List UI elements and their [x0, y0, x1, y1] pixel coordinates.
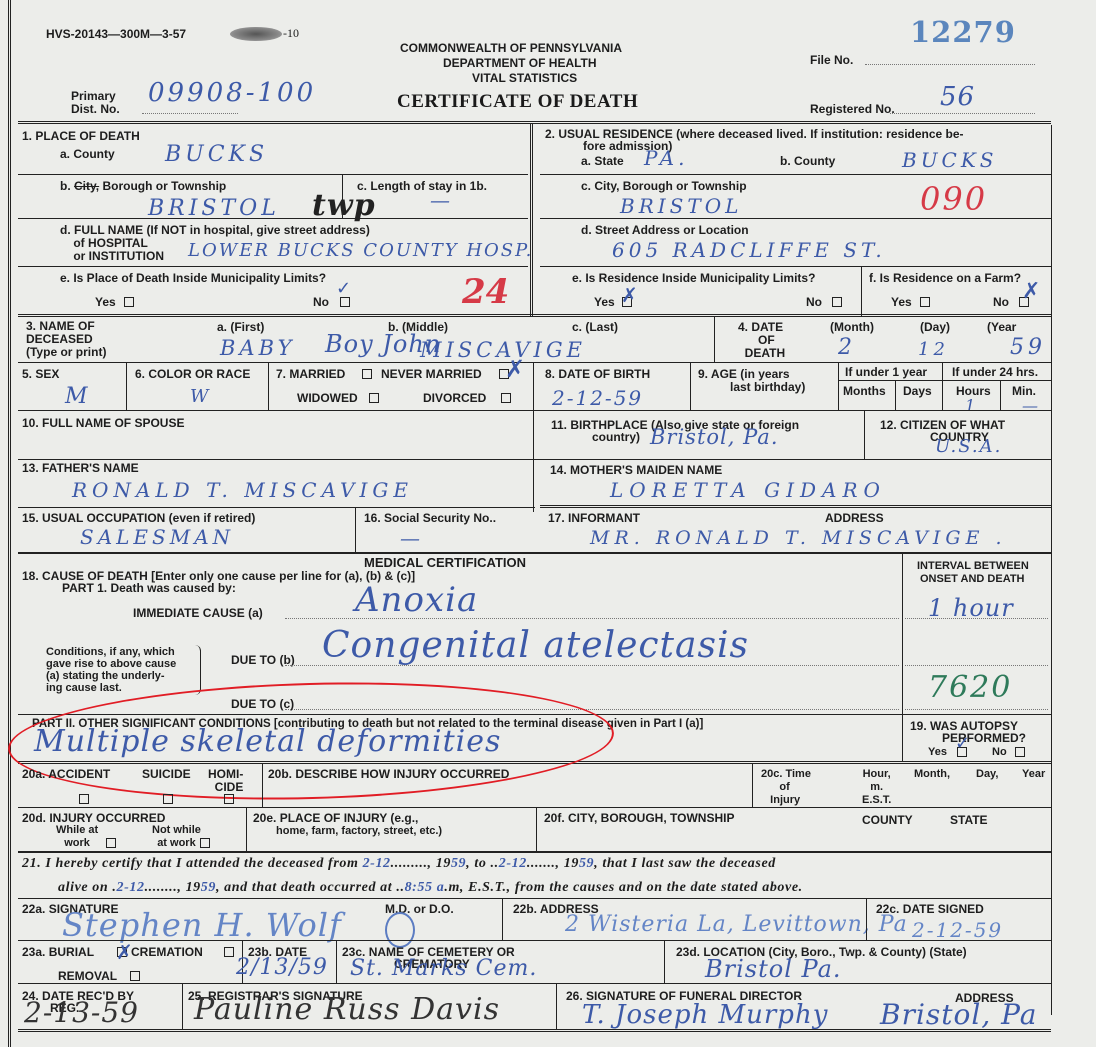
form-code: HVS-20143—300M—3-57: [46, 28, 186, 41]
check-mark-icon: ✓: [336, 280, 351, 298]
registrar-signature[interactable]: Pauline Russ Davis: [194, 992, 500, 1027]
while-at-work-checkbox[interactable]: [106, 838, 116, 848]
brace: [193, 645, 201, 695]
state-label: a. State: [581, 155, 624, 168]
divider: [714, 316, 715, 363]
injury-city-label: 20f. CITY, BOROUGH, TOWNSHIP: [544, 812, 734, 825]
registered-no-label: Registered No.: [810, 103, 895, 116]
due-to-b-value[interactable]: Congenital atelectasis: [322, 625, 749, 666]
divider: [18, 983, 1051, 984]
divider: [18, 218, 528, 219]
suicide-label: SUICIDE: [142, 768, 191, 781]
removal-checkbox[interactable]: [130, 971, 140, 981]
death-county-value[interactable]: BUCKS: [165, 142, 268, 167]
divider: [18, 174, 528, 175]
hour-label: Hour,m.E.S.T.: [862, 768, 891, 807]
autopsy-label-2: PERFORMED?: [942, 732, 1026, 745]
divider: [355, 507, 356, 552]
location-value[interactable]: Bristol Pa.: [705, 955, 842, 983]
interval-a-value[interactable]: 1 hour: [928, 594, 1014, 622]
form-code-suffix: -10: [283, 27, 299, 40]
occupation-value[interactable]: SALESMAN: [80, 525, 234, 549]
place-of-injury-label-2: home, farm, factory, street, etc.): [276, 825, 442, 837]
homicide-checkbox[interactable]: [224, 794, 234, 804]
certify-line-1: 21. I hereby certify that I attended the…: [22, 856, 776, 872]
no-label: No: [806, 296, 822, 309]
physician-address-value[interactable]: 2 Wisteria La, Levittown, Pa: [565, 912, 908, 937]
residence-state-value[interactable]: PA.: [644, 146, 688, 170]
min-value[interactable]: —: [1022, 396, 1042, 415]
primary-dist-line: [142, 113, 238, 114]
divider: [752, 763, 753, 808]
suicide-checkbox[interactable]: [163, 794, 173, 804]
spouse-label: 10. FULL NAME OF SPOUSE: [22, 417, 184, 430]
residence-county-value[interactable]: BUCKS: [902, 148, 998, 172]
funeral-address-value[interactable]: Bristol, Pa: [880, 998, 1037, 1031]
funeral-director-signature[interactable]: T. Joseph Murphy: [582, 1000, 828, 1030]
hospital-value[interactable]: LOWER BUCKS COUNTY HOSP.: [188, 240, 533, 261]
md-circle-mark: [385, 912, 415, 948]
time-of-injury-label: 20c. Time of Injury: [761, 768, 811, 807]
yes-label: Yes: [594, 296, 615, 309]
immediate-cause-label: IMMEDIATE CAUSE (a): [133, 607, 263, 620]
first-name-label: a. (First): [217, 321, 264, 334]
agency-line-1: COMMONWEALTH OF PENNSYLVANIA: [400, 42, 622, 55]
widowed-label: WIDOWED: [297, 392, 358, 405]
residence-city-label: c. City, Borough or Township: [581, 180, 747, 193]
divider: [942, 362, 943, 410]
no-label: No: [993, 296, 1009, 309]
no-label: No: [313, 296, 329, 309]
divider: [18, 807, 1051, 808]
residence-county-label: b. County: [780, 155, 835, 168]
citizen-value[interactable]: U.S.A.: [935, 436, 1002, 457]
not-at-work-checkbox[interactable]: [200, 838, 210, 848]
divorced-checkbox[interactable]: [501, 393, 511, 403]
residence-city-code: 090: [920, 180, 987, 218]
farm-no-checkbox[interactable]: [1019, 297, 1029, 307]
not-at-work-label: Not whileat work: [152, 824, 201, 850]
death-month-value[interactable]: 2: [838, 335, 856, 360]
section-divider: [18, 314, 1051, 317]
days-label: Days: [903, 385, 932, 398]
cause-label-2: PART 1. Death was caused by:: [62, 582, 236, 595]
divider: [838, 362, 839, 410]
header-divider: [18, 121, 1051, 124]
autopsy-yes-label: Yes: [928, 746, 947, 758]
immediate-cause-value[interactable]: Anoxia: [355, 580, 478, 620]
cemetery-value[interactable]: St. Marks Cem.: [350, 956, 537, 981]
residence-inside-yes-checkbox[interactable]: [622, 297, 632, 307]
red-annotation: 24: [462, 272, 509, 312]
residence-inside-limits-label: e. Is Residence Inside Municipality Limi…: [572, 272, 815, 285]
place-of-death-label: 1. PLACE OF DEATH: [22, 130, 140, 143]
birthplace-label-2: country): [592, 431, 640, 444]
race-value[interactable]: W: [190, 386, 213, 407]
hours-value[interactable]: 1: [965, 396, 979, 415]
death-day-value[interactable]: 12: [918, 339, 949, 360]
sex-label: 5. SEX: [22, 368, 59, 381]
date-recd-value[interactable]: 2-13-59: [24, 996, 139, 1029]
divider: [838, 380, 1051, 381]
left-border: [8, 0, 11, 1047]
divider: [246, 807, 247, 852]
divider: [182, 983, 183, 1030]
divider: [18, 410, 1051, 411]
first-name-value[interactable]: BABY: [220, 336, 296, 360]
divider: [18, 898, 1051, 899]
divider: [336, 940, 337, 983]
date-signed-value[interactable]: 2-12-59: [912, 918, 1003, 942]
yes-label: Yes: [95, 296, 116, 309]
accident-checkbox[interactable]: [79, 794, 89, 804]
married-label: 7. MARRIED: [276, 368, 345, 381]
under-1-year-label: If under 1 year: [845, 366, 927, 379]
months-label: Months: [843, 385, 886, 398]
homicide-label: HOMI- CIDE: [208, 768, 243, 794]
inside-limits-label: e. Is Place of Death Inside Municipality…: [60, 272, 326, 285]
seal-icon: [230, 27, 282, 41]
divider: [262, 763, 263, 808]
year-label: (Year: [987, 321, 1016, 334]
autopsy-no-label: No: [992, 746, 1007, 758]
mother-value[interactable]: LORETTA GIDARO: [610, 478, 886, 502]
file-no-line: [865, 64, 1035, 65]
autopsy-yes-checkbox[interactable]: [957, 747, 967, 757]
divider: [864, 410, 865, 460]
under-24-label: If under 24 hrs.: [952, 366, 1038, 379]
married-checkbox[interactable]: [362, 369, 372, 379]
primary-dist-label: PrimaryDist. No.: [71, 90, 120, 116]
interval-code: 7620: [928, 670, 1012, 705]
father-label: 13. FATHER'S NAME: [22, 462, 139, 475]
divider: [540, 174, 1051, 175]
deceased-name-label: 3. NAME OFDECEASED(Type or print): [26, 320, 106, 359]
autopsy-no-checkbox[interactable]: [1015, 747, 1025, 757]
agency-line-2: DEPARTMENT OF HEALTH: [443, 57, 597, 70]
widowed-checkbox[interactable]: [369, 393, 379, 403]
mother-label: 14. MOTHER'S MAIDEN NAME: [550, 464, 722, 477]
age-label-2: last birthday): [730, 381, 805, 394]
divider: [18, 851, 1051, 853]
divider: [126, 362, 127, 410]
place-of-injury-label: 20e. PLACE OF INJURY (e.g.,: [253, 812, 418, 825]
divider: [895, 380, 896, 410]
yes-label: Yes: [891, 296, 912, 309]
father-value[interactable]: RONALD T. MISCAVIGE: [72, 478, 413, 502]
month-label: (Month): [830, 321, 874, 334]
never-married-checkbox[interactable]: [499, 369, 509, 379]
registered-no-line: [890, 113, 1035, 114]
section-divider: [530, 124, 533, 316]
last-name-value[interactable]: MISCAVIGE: [420, 338, 586, 362]
length-of-stay-label: c. Length of stay in 1b.: [357, 180, 487, 193]
divider: [18, 552, 1051, 554]
file-no-stamp: 12279: [910, 15, 1016, 49]
divider: [556, 983, 557, 1030]
farm-yes-checkbox[interactable]: [920, 297, 930, 307]
divider: [18, 362, 1051, 363]
birth-date-label: 8. DATE OF BIRTH: [545, 368, 650, 381]
physician-signature[interactable]: Stephen H. Wolf: [62, 906, 342, 944]
divider: [18, 1029, 1051, 1032]
medical-certification-heading: MEDICAL CERTIFICATION: [364, 556, 526, 569]
divider: [861, 266, 862, 316]
file-no-label: File No.: [810, 54, 853, 67]
part2-value[interactable]: Multiple skeletal deformities: [34, 724, 501, 759]
divider: [268, 362, 269, 410]
last-name-label: c. (Last): [572, 321, 618, 334]
residence-city-value[interactable]: BRISTOL: [620, 194, 742, 218]
injury-county-label: COUNTY: [862, 814, 913, 827]
divider: [866, 898, 867, 940]
residence-inside-no-checkbox[interactable]: [832, 297, 842, 307]
divider: [540, 266, 1051, 267]
answer-line: [285, 709, 899, 710]
divider: [18, 459, 1051, 460]
cremation-label: CREMATION: [131, 946, 203, 959]
informant-address-label: ADDRESS: [825, 512, 884, 525]
ssn-value[interactable]: —: [400, 526, 424, 550]
burial-date-value[interactable]: 2/13/59: [236, 955, 328, 980]
accident-label: 20a. ACCIDENT: [22, 768, 110, 781]
interval-label: INTERVAL BETWEEN: [917, 560, 1029, 572]
birthplace-value[interactable]: Bristol, Pa.: [650, 425, 779, 449]
county-label: a. County: [60, 148, 115, 161]
divider: [902, 552, 903, 762]
informant-label: 17. INFORMANT: [548, 512, 640, 525]
day-label: (Day): [920, 321, 950, 334]
divider: [540, 218, 1051, 219]
divider: [664, 940, 665, 983]
inside-limits-no-checkbox[interactable]: [340, 297, 350, 307]
city-label: b. City, Borough or Township: [60, 180, 226, 193]
divider: [1000, 380, 1001, 410]
answer-line: [905, 709, 1048, 710]
divider: [18, 940, 1051, 941]
divider: [502, 898, 503, 940]
cremation-checkbox[interactable]: [224, 947, 234, 957]
divider: [540, 505, 1051, 508]
race-label: 6. COLOR OR RACE: [135, 368, 250, 381]
divider: [18, 714, 1051, 715]
burial-checkbox[interactable]: [117, 947, 127, 957]
street-label: d. Street Address or Location: [581, 224, 749, 237]
death-certificate: HVS-20143—300M—3-57 -10 COMMONWEALTH OF …: [0, 0, 1096, 1047]
injury-day-label: Day,: [976, 768, 998, 780]
divider: [18, 266, 528, 267]
date-signed-label: 22c. DATE SIGNED: [876, 903, 984, 916]
sex-value[interactable]: M: [65, 384, 92, 409]
page-title: CERTIFICATE OF DEATH: [397, 91, 638, 113]
on-farm-label: f. Is Residence on a Farm?: [869, 272, 1021, 285]
date-of-death-label: 4. DATE OF DEATH: [738, 321, 785, 360]
informant-value[interactable]: MR. RONALD T. MISCAVIGE .: [590, 527, 1007, 549]
certify-line-2: alive on .2-12........, 1959, and that d…: [58, 880, 803, 896]
occupation-label: 15. USUAL OCCUPATION (even if retired): [22, 512, 255, 525]
divorced-label: DIVORCED: [423, 392, 486, 405]
inside-limits-yes-checkbox[interactable]: [124, 297, 134, 307]
injury-month-label: Month,: [914, 768, 950, 780]
divider: [18, 761, 1051, 764]
street-value[interactable]: 605 RADCLIFFE ST.: [612, 238, 886, 262]
injury-state-label: STATE: [950, 814, 988, 827]
describe-injury-label: 20b. DESCRIBE HOW INJURY OCCURRED: [268, 768, 509, 781]
divider: [536, 807, 537, 852]
length-of-stay-value[interactable]: —: [430, 188, 454, 212]
while-at-work-label: While atwork: [56, 824, 98, 850]
death-year-value[interactable]: 59: [1010, 335, 1046, 360]
registered-no-value[interactable]: 56: [940, 82, 975, 112]
answer-line: [905, 665, 1048, 666]
ssn-label: 16. Social Security No..: [364, 512, 496, 525]
injury-year-label: Year: [1022, 768, 1045, 780]
never-married-label: NEVER MARRIED: [381, 368, 482, 381]
conditions-note: Conditions, if any, whichgave rise to ab…: [46, 646, 176, 694]
removal-label: REMOVAL: [58, 970, 117, 983]
agency-line-3: VITAL STATISTICS: [472, 72, 577, 85]
divider: [533, 362, 534, 512]
birth-date-value[interactable]: 2-12-59: [552, 386, 643, 410]
burial-label: 23a. BURIAL: [22, 946, 94, 959]
divider: [690, 362, 691, 410]
primary-dist-value[interactable]: 09908-100: [148, 78, 316, 108]
right-border: [1051, 125, 1052, 1015]
divider: [18, 507, 535, 508]
interval-label-2: ONSET AND DEATH: [920, 573, 1025, 585]
